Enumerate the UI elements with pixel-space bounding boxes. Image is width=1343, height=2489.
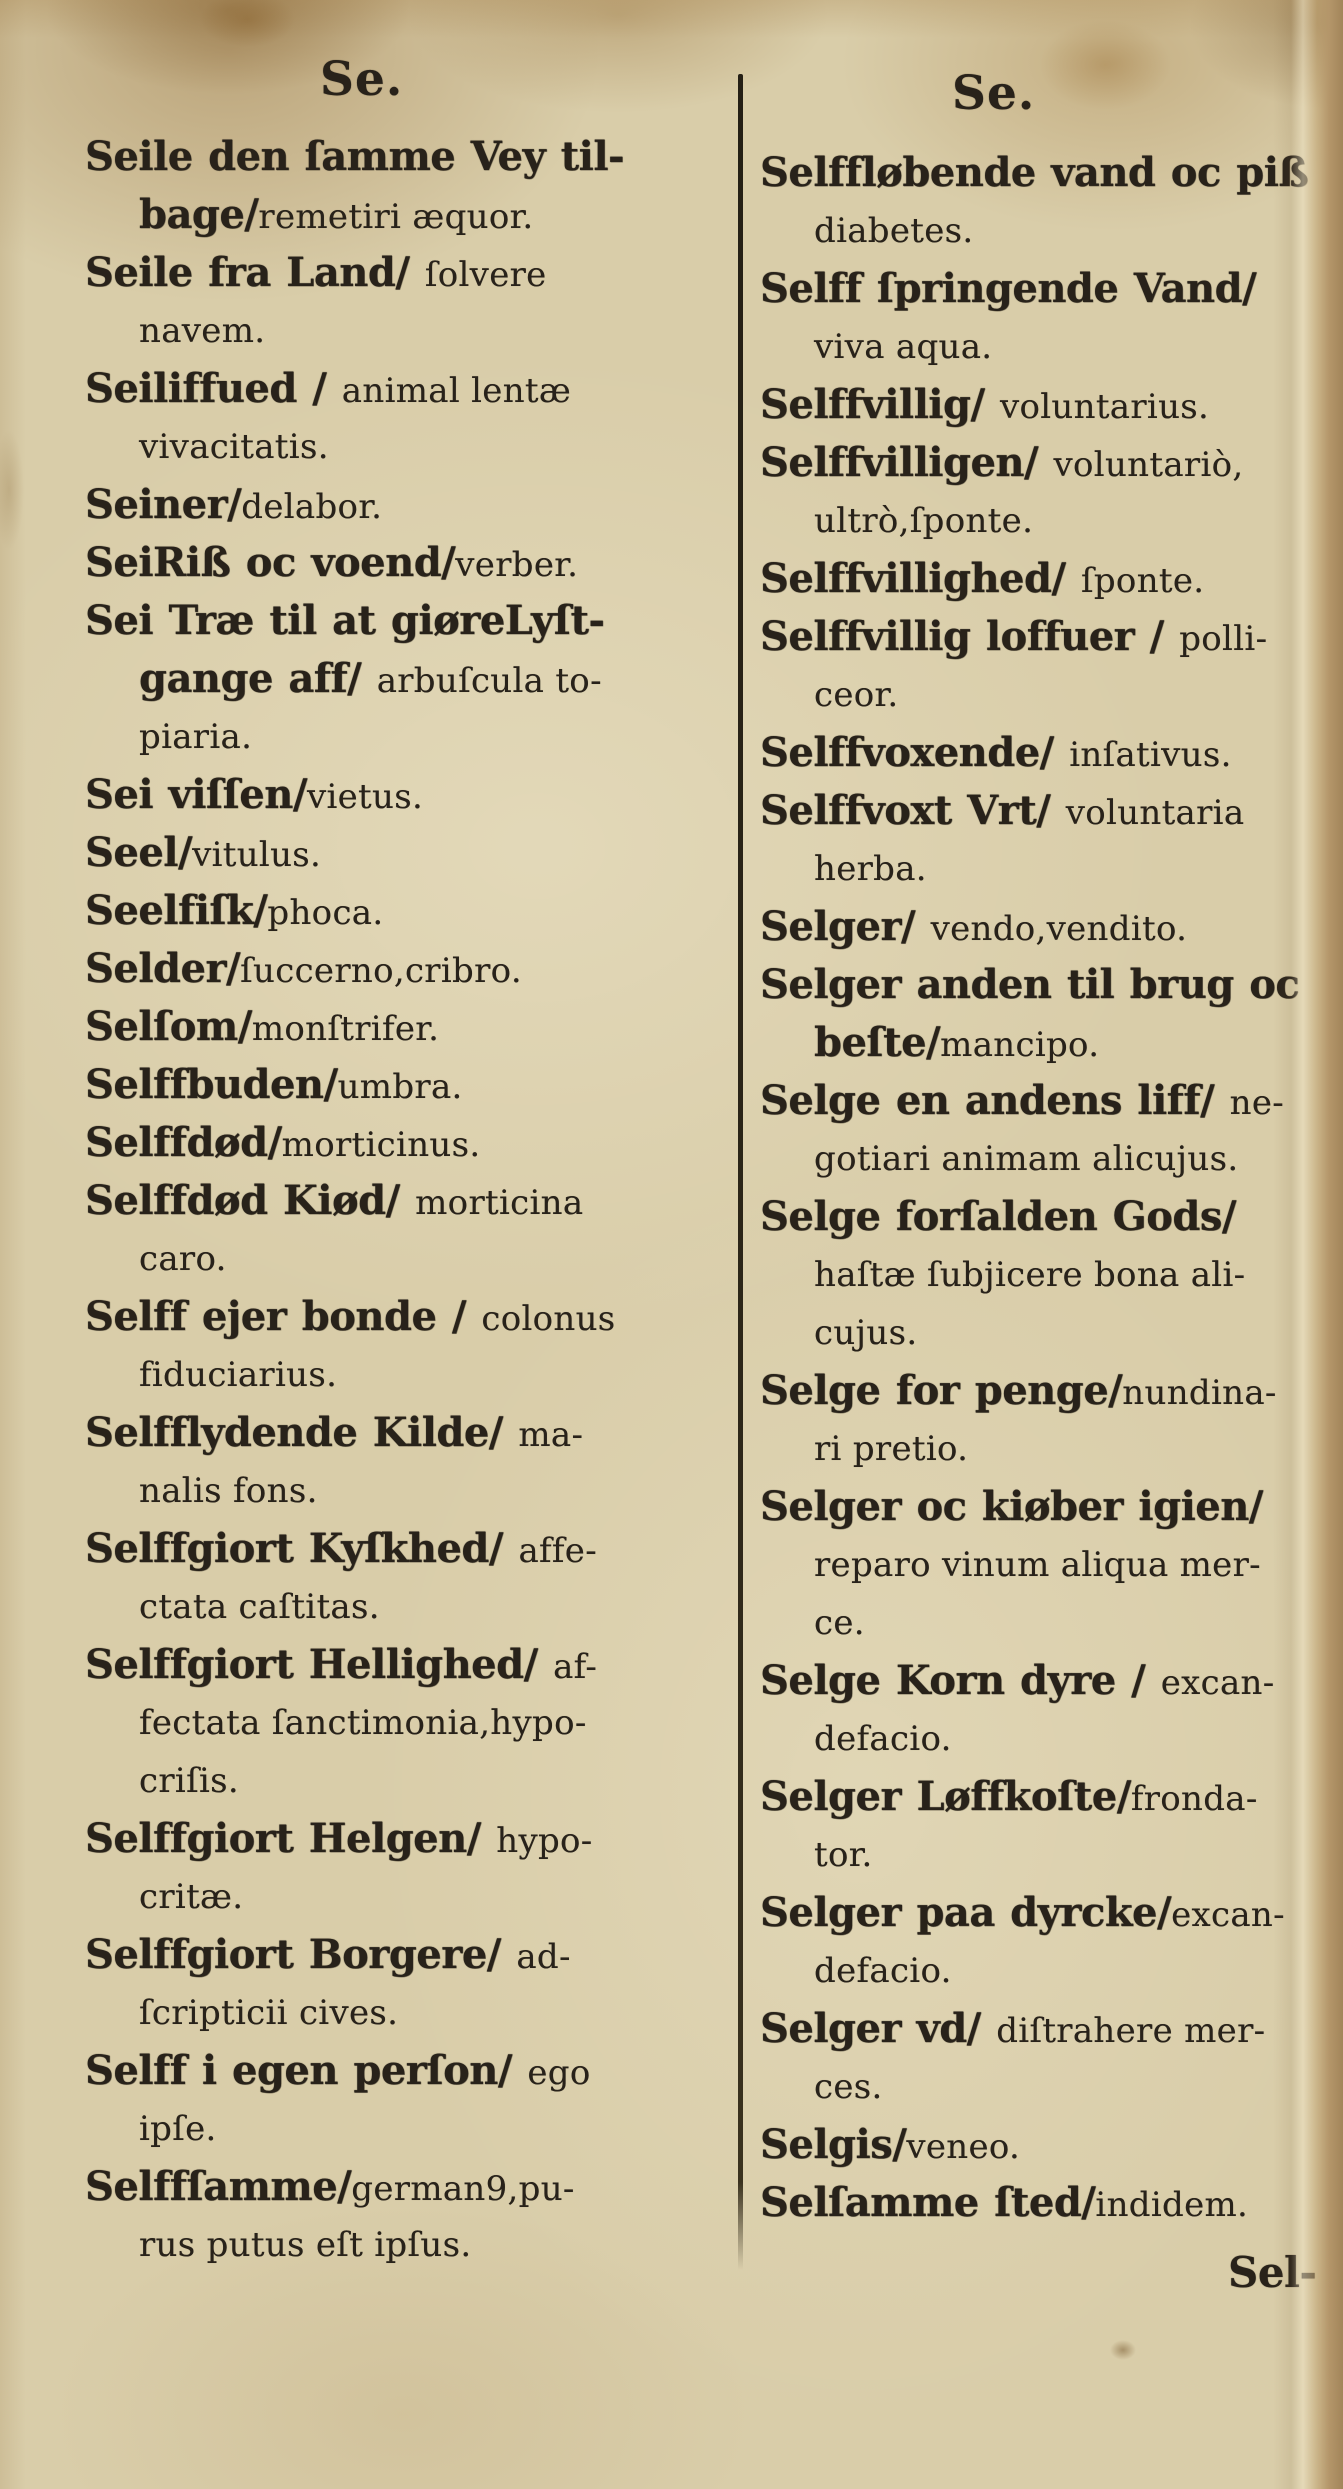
headword-text: Selffvillighed/: [760, 555, 1081, 602]
latin-gloss-text: ces.: [814, 2067, 883, 2107]
latin-gloss-text: remetiri æquor.: [258, 197, 533, 237]
latin-gloss-text: excan-: [1161, 1663, 1275, 1703]
entry-line: Selff i egen perſon/ ego: [85, 2042, 700, 2100]
entry-line: ri pretio.: [760, 1420, 1338, 1478]
column-right: Selffløbende vand oc pißdiabetes.Selff ſ…: [760, 144, 1338, 2232]
entry-line: Selge en andens liff/ ne-: [760, 1072, 1338, 1130]
entry-line: Selge forſalden Gods/: [760, 1188, 1338, 1246]
latin-gloss-text: hypo-: [496, 1821, 592, 1861]
entry-line: navem.: [85, 302, 700, 360]
latin-gloss-text: umbra.: [338, 1067, 463, 1107]
latin-gloss-text: ſolvere: [425, 255, 547, 295]
entry-line: rus putus eſt ipſus.: [85, 2216, 700, 2274]
entry-line: Selger paa dyrcke/excan-: [760, 1884, 1338, 1942]
headword-text: Selffſamme/: [85, 2163, 351, 2210]
latin-gloss-text: rus putus eſt ipſus.: [139, 2225, 471, 2265]
headword-text: Selger/: [760, 903, 931, 950]
latin-gloss-text: phoca.: [267, 893, 383, 933]
headword-text: Selffgiort Helgen/: [85, 1815, 496, 1862]
headword-text: Seile fra Land/: [85, 249, 425, 296]
latin-gloss-text: ſcripticii cives.: [139, 1993, 398, 2033]
headword-text: bage/: [139, 191, 258, 238]
latin-gloss-text: morticina: [415, 1183, 583, 1223]
column-header-left: Se.: [320, 52, 403, 107]
entry-line: critæ.: [85, 1868, 700, 1926]
entry-line: Selſom/monſtrifer.: [85, 998, 700, 1056]
latin-gloss-text: inſativus.: [1069, 735, 1232, 775]
entry-line: piaria.: [85, 708, 700, 766]
headword-text: Selffvilligen/: [760, 439, 1054, 486]
headword-text: Selfflydende Kilde/: [85, 1409, 518, 1456]
entry-line: cujus.: [760, 1304, 1338, 1362]
headword-text: Sei viſſen/: [85, 771, 307, 818]
entry-line: Selff ſpringende Vand/: [760, 260, 1338, 318]
latin-gloss-text: diſtrahere mer-: [996, 2011, 1265, 2051]
headword-text: Selder/: [85, 945, 240, 992]
entry-line: Selffdød Kiød/ morticina: [85, 1172, 700, 1230]
latin-gloss-text: ceor.: [814, 675, 898, 715]
latin-gloss-text: diabetes.: [814, 211, 974, 251]
entry-line: criſis.: [85, 1752, 700, 1810]
latin-gloss-text: verber.: [455, 545, 578, 585]
entry-line: ce.: [760, 1594, 1338, 1652]
entry-line: Selffgiort Hellighed/ af-: [85, 1636, 700, 1694]
entry-line: Selff ejer bonde / colonus: [85, 1288, 700, 1346]
latin-gloss-text: voluntariò,: [1054, 445, 1244, 485]
latin-gloss-text: piaria.: [139, 717, 252, 757]
headword-text: Selger anden til brug oc: [760, 961, 1299, 1008]
latin-gloss-text: cujus.: [814, 1313, 917, 1353]
stain: [0, 430, 24, 550]
entry-line: Sei viſſen/vietus.: [85, 766, 700, 824]
entry-line: Selffløbende vand oc piß: [760, 144, 1338, 202]
headword-text: Seelfiſk/: [85, 887, 267, 934]
headword-text: Selſamme ſted/: [760, 2179, 1095, 2226]
entry-line: ipſe.: [85, 2100, 700, 2158]
latin-gloss-text: criſis.: [139, 1761, 239, 1801]
entry-line: Selge for penge/nundina-: [760, 1362, 1338, 1420]
headword-text: Selffgiort Kyſkhed/: [85, 1525, 518, 1572]
headword-text: Selge en andens liff/: [760, 1077, 1230, 1124]
entry-line: herba.: [760, 840, 1338, 898]
entry-line: Seiner/delabor.: [85, 476, 700, 534]
latin-gloss-text: morticinus.: [282, 1125, 481, 1165]
headword-text: Selffdød Kiød/: [85, 1177, 415, 1224]
entry-line: Selffgiort Kyſkhed/ affe-: [85, 1520, 700, 1578]
headword-text: Selffdød/: [85, 1119, 282, 1166]
entry-line: Selger anden til brug oc: [760, 956, 1338, 1014]
headword-text: Selge Korn dyre /: [760, 1657, 1161, 1704]
entry-line: ultrò,ſponte.: [760, 492, 1338, 550]
entry-line: Selffvoxt Vrt/ voluntaria: [760, 782, 1338, 840]
headword-text: Selff ejer bonde /: [85, 1293, 481, 1340]
entry-line: Seile fra Land/ ſolvere: [85, 244, 700, 302]
latin-gloss-text: critæ.: [139, 1877, 243, 1917]
entry-line: Seelfiſk/phoca.: [85, 882, 700, 940]
entry-line: Selger/ vendo,vendito.: [760, 898, 1338, 956]
entry-line: fiduciarius.: [85, 1346, 700, 1404]
latin-gloss-text: nundina-: [1122, 1373, 1276, 1413]
latin-gloss-text: defacio.: [814, 1719, 952, 1759]
headword-text: Selffvillig loffuer /: [760, 613, 1179, 660]
headword-text: Selffvillig/: [760, 381, 1000, 428]
latin-gloss-text: vitulus.: [192, 835, 321, 875]
entry-line: defacio.: [760, 1942, 1338, 2000]
book-page-scan: Se. Se. Seile den ſamme Vey til-bage/rem…: [0, 0, 1343, 2489]
entry-line: Selffvoxende/ inſativus.: [760, 724, 1338, 782]
stain: [1040, 20, 1170, 110]
entry-line: Selger Løffkoſte/fronda-: [760, 1768, 1338, 1826]
entry-line: SeiRiß oc voend/verber.: [85, 534, 700, 592]
entry-line: viva aqua.: [760, 318, 1338, 376]
entry-line: Selffvillig loffuer / polli-: [760, 608, 1338, 666]
headword-text: Sei Træ til at giøreLyſt-: [85, 597, 605, 644]
latin-gloss-text: ſuccerno,cribro.: [240, 951, 522, 991]
latin-gloss-text: nalis fons.: [139, 1471, 318, 1511]
latin-gloss-text: vietus.: [307, 777, 423, 817]
latin-gloss-text: affe-: [518, 1531, 597, 1571]
entry-line: ctata caſtitas.: [85, 1578, 700, 1636]
headword-text: Selffgiort Borgere/: [85, 1931, 516, 1978]
headword-text: Selffvoxende/: [760, 729, 1069, 776]
headword-text: Seiner/: [85, 481, 241, 528]
headword-text: Seiliffued /: [85, 365, 342, 412]
headword-text: Selff i egen perſon/: [85, 2047, 527, 2094]
entry-line: Selffvilligen/ voluntariò,: [760, 434, 1338, 492]
entry-line: ces.: [760, 2058, 1338, 2116]
entry-line: Selffgiort Helgen/ hypo-: [85, 1810, 700, 1868]
latin-gloss-text: ego: [527, 2053, 590, 2093]
latin-gloss-text: ultrò,ſponte.: [814, 501, 1033, 541]
latin-gloss-text: ri pretio.: [814, 1429, 968, 1469]
latin-gloss-text: fronda-: [1131, 1779, 1258, 1819]
latin-gloss-text: mancipo.: [940, 1025, 1099, 1065]
headword-text: SeiRiß oc voend/: [85, 539, 455, 586]
headword-text: Selffvoxt Vrt/: [760, 787, 1066, 834]
latin-gloss-text: reparo vinum aliqua mer-: [814, 1545, 1261, 1585]
latin-gloss-text: ctata caſtitas.: [139, 1587, 380, 1627]
latin-gloss-text: haſtæ ſubjicere bona ali-: [814, 1255, 1245, 1295]
entry-line: ceor.: [760, 666, 1338, 724]
latin-gloss-text: fiduciarius.: [139, 1355, 337, 1395]
entry-line: Selgis/veneo.: [760, 2116, 1338, 2174]
latin-gloss-text: navem.: [139, 311, 265, 351]
entry-line: fectata ſanctimonia,hypo-: [85, 1694, 700, 1752]
latin-gloss-text: tor.: [814, 1835, 873, 1875]
entry-line: caro.: [85, 1230, 700, 1288]
entry-line: Selffgiort Borgere/ ad-: [85, 1926, 700, 1984]
latin-gloss-text: ipſe.: [139, 2109, 217, 2149]
stain: [1110, 2340, 1136, 2360]
column-header-right: Se.: [952, 66, 1035, 121]
headword-text: Selge for penge/: [760, 1367, 1122, 1414]
headword-text: Seile den ſamme Vey til-: [85, 133, 624, 180]
latin-gloss-text: polli-: [1179, 619, 1267, 659]
latin-gloss-text: animal lentæ: [342, 371, 571, 411]
entry-line: Selffſamme/german9,pu-: [85, 2158, 700, 2216]
entry-line: Selger oc kiøber igien/: [760, 1478, 1338, 1536]
headword-text: Selge forſalden Gods/: [760, 1193, 1236, 1240]
entry-line: Seel/vitulus.: [85, 824, 700, 882]
headword-text: Selffgiort Hellighed/: [85, 1641, 553, 1688]
entry-line: ſcripticii cives.: [85, 1984, 700, 2042]
headword-text: Selger vd/: [760, 2005, 996, 2052]
headword-text: Selffbuden/: [85, 1061, 338, 1108]
latin-gloss-text: ad-: [516, 1937, 570, 1977]
latin-gloss-text: delabor.: [241, 487, 382, 527]
entry-line: Selſamme ſted/indidem.: [760, 2174, 1338, 2232]
entry-line: Selder/ſuccerno,cribro.: [85, 940, 700, 998]
entry-line: diabetes.: [760, 202, 1338, 260]
column-left: Seile den ſamme Vey til-bage/remetiri æq…: [85, 128, 700, 2274]
latin-gloss-text: af-: [553, 1647, 597, 1687]
headword-text: Selger paa dyrcke/: [760, 1889, 1171, 1936]
latin-gloss-text: ſponte.: [1081, 561, 1204, 601]
headword-text: gange aff/: [139, 655, 377, 702]
entry-line: Selffvillighed/ ſponte.: [760, 550, 1338, 608]
column-divider-rule: [738, 74, 743, 2270]
latin-gloss-text: vivacitatis.: [139, 427, 329, 467]
entry-line: tor.: [760, 1826, 1338, 1884]
entry-line: haſtæ ſubjicere bona ali-: [760, 1246, 1338, 1304]
entry-line: defacio.: [760, 1710, 1338, 1768]
latin-gloss-text: viva aqua.: [814, 327, 992, 367]
entry-line: Selffvillig/ voluntarius.: [760, 376, 1338, 434]
latin-gloss-text: defacio.: [814, 1951, 952, 1991]
entry-line: gange aff/ arbuſcula to-: [85, 650, 700, 708]
latin-gloss-text: gotiari animam alicujus.: [814, 1139, 1238, 1179]
entry-line: Seile den ſamme Vey til-: [85, 128, 700, 186]
latin-gloss-text: voluntarius.: [1000, 387, 1209, 427]
latin-gloss-text: herba.: [814, 849, 927, 889]
stain: [200, 0, 295, 47]
latin-gloss-text: fectata ſanctimonia,hypo-: [139, 1703, 587, 1743]
entry-line: Selger vd/ diſtrahere mer-: [760, 2000, 1338, 2058]
entry-line: Selge Korn dyre / excan-: [760, 1652, 1338, 1710]
headword-text: Selſom/: [85, 1003, 252, 1050]
headword-text: Selgis/: [760, 2121, 906, 2168]
entry-line: vivacitatis.: [85, 418, 700, 476]
latin-gloss-text: excan-: [1171, 1895, 1285, 1935]
headword-text: Seel/: [85, 829, 192, 876]
entry-line: reparo vinum aliqua mer-: [760, 1536, 1338, 1594]
headword-text: Selffløbende vand oc piß: [760, 149, 1308, 196]
latin-gloss-text: monſtrifer.: [252, 1009, 439, 1049]
latin-gloss-text: arbuſcula to-: [377, 661, 602, 701]
entry-line: Selfflydende Kilde/ ma-: [85, 1404, 700, 1462]
latin-gloss-text: vendo,vendito.: [931, 909, 1188, 949]
latin-gloss-text: german9,pu-: [351, 2169, 574, 2209]
latin-gloss-text: colonus: [481, 1299, 615, 1339]
entry-line: Sei Træ til at giøreLyſt-: [85, 592, 700, 650]
entry-line: bage/remetiri æquor.: [85, 186, 700, 244]
latin-gloss-text: caro.: [139, 1239, 227, 1279]
latin-gloss-text: ne-: [1230, 1083, 1284, 1123]
headword-text: Selger oc kiøber igien/: [760, 1483, 1263, 1530]
headword-text: beſte/: [814, 1019, 940, 1066]
latin-gloss-text: ce.: [814, 1603, 865, 1643]
headword-text: Selff ſpringende Vand/: [760, 265, 1256, 312]
entry-line: nalis fons.: [85, 1462, 700, 1520]
entry-line: Selffbuden/umbra.: [85, 1056, 700, 1114]
entry-line: Seiliffued / animal lentæ: [85, 360, 700, 418]
latin-gloss-text: indidem.: [1095, 2185, 1248, 2225]
headword-text: Selger Løffkoſte/: [760, 1773, 1131, 1820]
entry-line: Selffdød/morticinus.: [85, 1114, 700, 1172]
catchword: Sel-: [1228, 2248, 1316, 2297]
entry-line: beſte/mancipo.: [760, 1014, 1338, 1072]
entry-line: gotiari animam alicujus.: [760, 1130, 1338, 1188]
latin-gloss-text: veneo.: [906, 2127, 1020, 2167]
latin-gloss-text: ma-: [518, 1415, 583, 1455]
latin-gloss-text: voluntaria: [1066, 793, 1245, 833]
